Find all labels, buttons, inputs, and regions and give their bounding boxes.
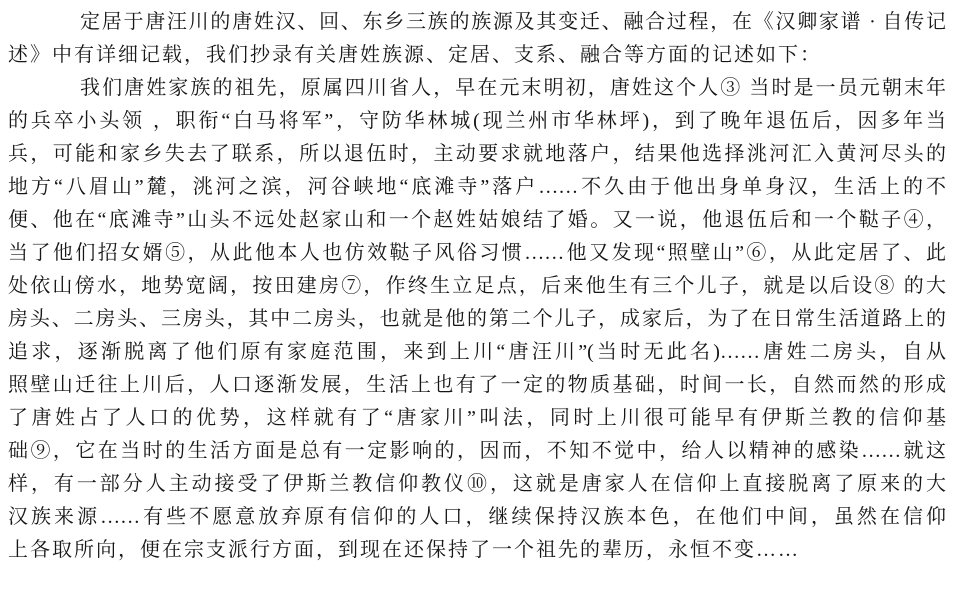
text-line: 定居于唐汪川的唐姓汉、回、东乡三族的族源及其变迁、融合过程，在《汉卿家谱 · 自… — [8, 6, 946, 39]
text-line: 房头、二房头、三房头，其中二房头，也就是他的第二个儿子，成家后，为了在日常生活道… — [8, 303, 946, 336]
text-line: 当了他们招女婿⑤，从此他本人也仿效鞑子风俗习惯……他又发现“照壁山”⑥，从此定居… — [8, 237, 946, 270]
scanned-document-page: 定居于唐汪川的唐姓汉、回、东乡三族的族源及其变迁、融合过程，在《汉卿家谱 · 自… — [0, 0, 960, 593]
text-line: 处依山傍水，地势宽阔，按田建房⑦，作终生立足点，后来他生有三个儿子，就是以后设⑧… — [8, 270, 946, 303]
text-line: 追求，逐渐脱离了他们原有家庭范围，来到上川“唐汪川”(当时无此名)……唐姓二房头… — [8, 336, 946, 369]
text-line: 样，有一部分人主动接受了伊斯兰教信仰教仪⑩，这就是唐家人在信仰上直接脱离了原来的… — [8, 468, 946, 501]
text-line: 便、他在“底滩寺”山头不远处赵家山和一个赵姓姑娘结了婚。又一说，他退伍后和一个鞑… — [8, 204, 946, 237]
text-line: 兵，可能和家乡失去了联系，所以退伍时，主动要求就地落户，结果他选择洮河汇入黄河尽… — [8, 138, 946, 171]
text-line: 础⑨，它在当时的生活方面是总有一定影响的，因而，不知不觉中，给人以精神的感染……… — [8, 435, 946, 468]
text-line: 我们唐姓家族的祖先，原属四川省人，早在元末明初，唐姓这个人③ 当时是一员元朝末年 — [8, 72, 946, 105]
paragraph-intro: 定居于唐汪川的唐姓汉、回、东乡三族的族源及其变迁、融合过程，在《汉卿家谱 · 自… — [8, 6, 946, 72]
text-line: 照壁山迁往上川后，人口逐渐发展，生活上也有了一定的物质基础，时间一长，自然而然的… — [8, 369, 946, 402]
text-line: 汉族来源……有些不愿意放弃原有信仰的人口，继续保持汉族本色，在他们中间，虽然在信… — [8, 501, 946, 534]
text-line: 地方“八眉山”麓，洮河之滨，河谷峡地“底滩寺”落户……不久由于他出身单身汉，生活… — [8, 171, 946, 204]
text-line: 述》中有详细记载，我们抄录有关唐姓族源、定居、支系、融合等方面的记述如下： — [8, 39, 946, 72]
text-line: 了唐姓占了人口的优势，这样就有了“唐家川”叫法，同时上川很可能早有伊斯兰教的信仰… — [8, 402, 946, 435]
paragraph-genealogy-excerpt: 我们唐姓家族的祖先，原属四川省人，早在元末明初，唐姓这个人③ 当时是一员元朝末年… — [8, 72, 946, 567]
text-line: 的兵卒小头领 ，职衔“白马将军”，守防华林城(现兰州市华林坪)，到了晚年退伍后，… — [8, 105, 946, 138]
text-line: 上各取所向，便在宗支派行方面，到现在还保持了一个祖先的辈历，永恒不变…… — [8, 534, 946, 567]
